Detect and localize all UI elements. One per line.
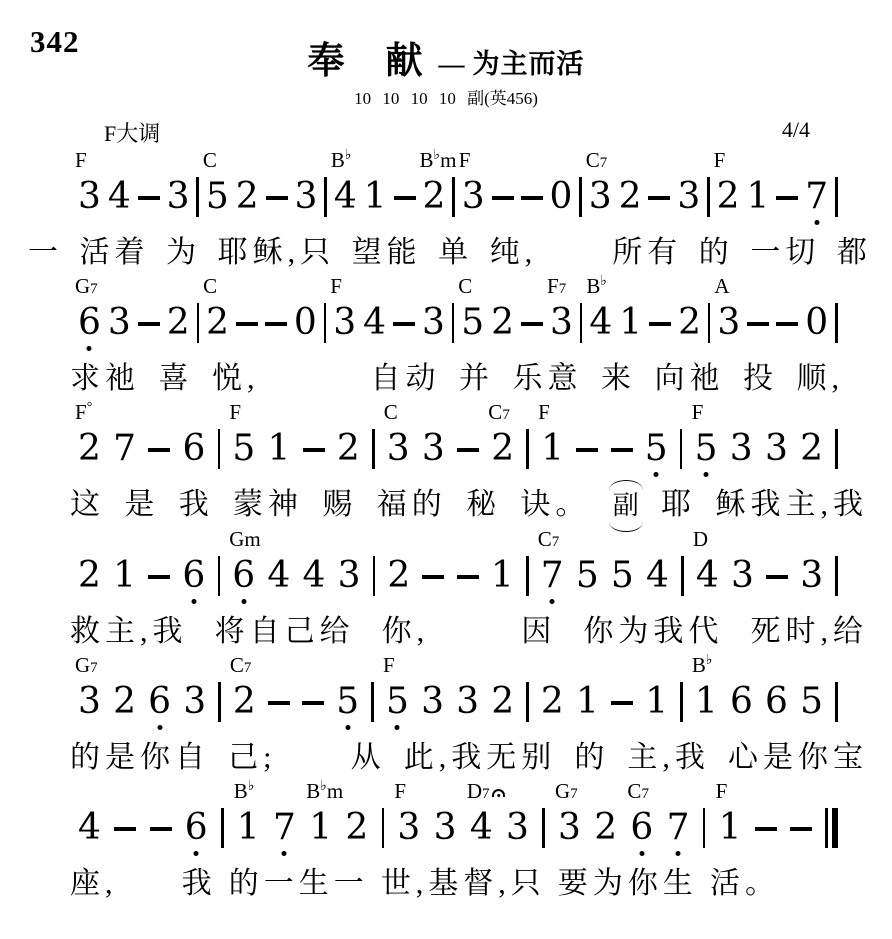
lyric-text: 望能 — [352, 235, 422, 271]
duration-dash — [114, 827, 136, 831]
music-system: 461B♭71B♭m23F34D733G726C771F座,我的一生一世,基督,… — [0, 806, 892, 902]
notation-line: 3G72632C755F3322111B♭665 — [78, 680, 838, 724]
chord-number: 7 — [559, 281, 567, 297]
notation-line: 461B♭71B♭m23F34D733G726C771F — [78, 806, 838, 850]
chord-number: 7 — [90, 281, 98, 297]
rest-note: 0 — [294, 303, 317, 343]
note: 1 — [619, 303, 642, 343]
chord-label: C — [458, 276, 472, 297]
note: 1F — [719, 808, 742, 848]
lyric-text: 耶 — [661, 487, 696, 523]
note: 3F — [333, 303, 356, 343]
duration-dash — [521, 322, 543, 326]
chord-label: F — [229, 402, 241, 423]
barline — [197, 303, 200, 343]
note: 4B♭ — [334, 177, 357, 217]
barline — [579, 177, 582, 217]
lyric-text: 是 — [124, 487, 159, 523]
barline — [680, 429, 683, 469]
rest-note: 0 — [805, 303, 828, 343]
note: 2 — [113, 682, 136, 722]
lyric-text: 的是你自 — [70, 740, 210, 776]
duration-dash — [236, 322, 258, 326]
rest-note: 0 — [549, 177, 572, 217]
note: 1 — [645, 682, 668, 722]
note: 3 — [422, 429, 445, 469]
lyric-text: 并 — [459, 361, 494, 397]
notation-line: 3F435C234B♭12B♭m3F03C7232F17 — [78, 175, 838, 219]
note: 1B♭ — [695, 682, 718, 722]
note: 3 — [730, 429, 753, 469]
note: 3 — [434, 808, 457, 848]
note: 2 — [167, 303, 190, 343]
note: 2 — [236, 177, 259, 217]
note: 7C7 — [541, 556, 564, 596]
note: 6 — [730, 682, 753, 722]
duration-dash — [492, 196, 514, 200]
chord-label: C7 — [586, 150, 608, 171]
note: 3 — [422, 303, 445, 343]
music-system: 3F435C234B♭12B♭m3F03C7232F17一活着为耶稣,只望能单纯… — [0, 175, 892, 271]
note: 3F — [78, 177, 101, 217]
accidental: ♭ — [320, 779, 327, 794]
chord-number: 7 — [552, 534, 560, 550]
barline — [835, 682, 838, 722]
lyric-text: 求祂 — [70, 361, 140, 397]
note: 6 — [185, 808, 208, 848]
note: 2F° — [78, 429, 101, 469]
lyric-text: 自动 — [371, 361, 441, 397]
accidental: ° — [87, 400, 93, 415]
lyric-line: 这是我蒙神赐福的秘诀。副耶稣我主,我 — [0, 487, 892, 524]
chord-label: G7 — [75, 276, 98, 297]
note: 5 — [336, 682, 359, 722]
note: 2 — [337, 429, 360, 469]
chord-label: F — [330, 276, 342, 297]
notation-line: 2F°765F123C32C71F55F332 — [78, 427, 838, 471]
chord-label: C7 — [627, 781, 649, 802]
final-barline — [825, 808, 838, 848]
note: 1B♭ — [237, 808, 260, 848]
duration-dash — [394, 196, 416, 200]
duration-dash — [303, 448, 325, 452]
duration-dash — [776, 196, 798, 200]
lyric-text: 活着 — [80, 235, 150, 271]
lyric-text: 赐 — [322, 487, 357, 523]
note: 4D7 — [470, 808, 493, 848]
lyric-line: 求祂喜悦,自动并乐意来向祂投顺, — [0, 361, 892, 397]
note: 5F — [232, 429, 255, 469]
chord-label: F — [383, 655, 395, 676]
music-system: 6G7322C03F435C23F74B♭123A0求祂喜悦,自动并乐意来向祂投… — [0, 301, 892, 397]
lyric-text: 将自己给 — [215, 614, 355, 650]
lyric-text: 顺, — [797, 361, 845, 397]
fermata-icon — [492, 789, 505, 797]
note: 1 — [364, 177, 387, 217]
chord-label: B♭m — [419, 149, 456, 171]
chord-label: F — [459, 150, 471, 171]
duration-dash — [266, 196, 288, 200]
lyric-text: 主,我 — [627, 740, 710, 776]
barline — [324, 303, 327, 343]
page-header: 342 奉 献 — 为主而活 10 10 10 10 副(英456) F大调 4… — [0, 14, 892, 145]
note: 3G7 — [78, 682, 101, 722]
chord-number: 7 — [90, 660, 98, 676]
note: 2 — [619, 177, 642, 217]
duration-dash — [747, 322, 769, 326]
refrain-mark: 副 — [612, 488, 640, 524]
barline — [542, 808, 545, 848]
duration-dash — [148, 448, 170, 452]
barline — [452, 177, 455, 217]
barline — [526, 556, 529, 596]
lyric-text: 诀。 — [520, 487, 590, 523]
note: 2C7 — [233, 682, 256, 722]
barline — [835, 556, 838, 596]
barline — [835, 177, 838, 217]
note: 4 — [108, 177, 131, 217]
duration-dash — [790, 827, 812, 831]
note: 6 — [148, 682, 171, 722]
note: 5F — [695, 429, 718, 469]
final-bar-thin — [825, 808, 828, 848]
music-system: 2F°765F123C32C71F55F332这是我蒙神赐福的秘诀。副耶稣我主,… — [0, 427, 892, 524]
note: 5 — [576, 556, 599, 596]
key-time-row: F大调 4/4 — [0, 109, 892, 145]
note: 2 — [541, 682, 564, 722]
lyric-text: 都 — [837, 235, 872, 271]
chord-number: 7 — [600, 155, 608, 171]
note: 2 — [78, 556, 101, 596]
note: 5 — [645, 429, 668, 469]
lyric-text: 己; — [228, 740, 276, 776]
note: 4B♭ — [589, 303, 612, 343]
note: 3 — [677, 177, 700, 217]
note: 1 — [576, 682, 599, 722]
duration-dash — [755, 827, 777, 831]
chord-label: G7 — [75, 655, 98, 676]
note: 6Gm — [232, 556, 255, 596]
barline — [835, 303, 838, 343]
chord-number: 7 — [502, 407, 510, 423]
note: 5C — [206, 177, 229, 217]
note: 3 — [108, 303, 131, 343]
chord-label: C — [203, 276, 217, 297]
lyric-text: 向祂 — [655, 361, 725, 397]
note: 3F — [462, 177, 485, 217]
lyric-text: 因 — [521, 614, 556, 650]
chord-label: C — [384, 402, 398, 423]
note: 4 — [267, 556, 290, 596]
time-signature: 4/4 — [782, 117, 810, 145]
chord-label: B♭m — [306, 780, 343, 802]
note: 5F — [386, 682, 409, 722]
chord-number: 7 — [482, 786, 490, 802]
lyric-text: 要为你生 — [558, 866, 698, 902]
lyric-text: 一 — [28, 235, 63, 271]
barline — [218, 556, 221, 596]
note: 3F7 — [550, 303, 573, 343]
lyric-text: 悦, — [212, 361, 260, 397]
note: 2B♭m — [422, 177, 445, 217]
lyric-text: 此,我无别 — [404, 740, 557, 776]
notation-line: 2166Gm443217C75544D33 — [78, 554, 838, 598]
duration-dash — [148, 575, 170, 579]
note: 6C7 — [630, 808, 653, 848]
barline — [707, 177, 710, 217]
note: 7 — [805, 177, 828, 217]
barline — [835, 429, 838, 469]
barline — [382, 808, 385, 848]
chord-label: C — [203, 150, 217, 171]
chord-label: F — [75, 150, 87, 171]
lyric-text: 我 — [179, 487, 214, 523]
note: 1 — [113, 556, 136, 596]
chord-label: F — [692, 402, 704, 423]
duration-dash — [611, 448, 633, 452]
note: 3 — [183, 682, 206, 722]
duration-dash — [422, 575, 444, 579]
lyric-line: 一活着为耶稣,只望能单纯,所有的一切都 — [0, 235, 892, 271]
note: 3F — [397, 808, 420, 848]
note: 3 — [338, 556, 361, 596]
lyric-text: 救主,我 — [70, 614, 188, 650]
duration-dash — [268, 701, 290, 705]
duration-dash — [138, 322, 160, 326]
chord-label: C7 — [488, 402, 510, 423]
note: 3A — [717, 303, 740, 343]
note: 3 — [421, 682, 444, 722]
duration-dash — [776, 322, 798, 326]
note: 6 — [765, 682, 788, 722]
note: 3 — [765, 429, 788, 469]
barline — [324, 177, 327, 217]
lyric-text: 乐意 — [513, 361, 583, 397]
note: 6G7 — [78, 303, 101, 343]
chord-label: B♭ — [692, 654, 713, 676]
note: 6 — [183, 429, 206, 469]
final-bar-thick — [832, 808, 838, 848]
chord-label: C7 — [230, 655, 252, 676]
note: 2 — [678, 303, 701, 343]
lyric-text: 耶稣,只 — [218, 235, 336, 271]
lyric-text: 蒙神 — [233, 487, 303, 523]
hymn-title: 奉 献 — [308, 30, 425, 84]
meter-info: 10 10 10 10 副(英456) — [0, 84, 892, 109]
duration-dash — [521, 196, 543, 200]
chord-label: B♭ — [234, 780, 255, 802]
lyric-text: 你为我代 — [583, 614, 723, 650]
note: 4 — [302, 556, 325, 596]
accidental: ♭ — [345, 148, 352, 163]
title-dash: — — [439, 50, 465, 80]
chord-label: B♭ — [586, 275, 607, 297]
lyric-text: 福的 — [377, 487, 447, 523]
hymn-subtitle: 为主而活 — [473, 42, 585, 81]
lyric-text: 死时,给 — [750, 614, 868, 650]
note: 2 — [387, 556, 410, 596]
title-row: 奉 献 — 为主而活 — [0, 14, 892, 70]
barline — [218, 429, 221, 469]
lyric-text: 你, — [382, 614, 430, 650]
chord-label: D7 — [467, 781, 506, 802]
lyric-text: 座, — [70, 866, 118, 902]
barline — [221, 808, 224, 848]
note: 2F — [717, 177, 740, 217]
note: 3 — [456, 682, 479, 722]
duration-dash — [611, 701, 633, 705]
barline — [580, 303, 583, 343]
chord-label: A — [714, 276, 729, 297]
chord-label: F — [716, 781, 728, 802]
lyric-line: 救主,我将自己给你,因你为我代死时,给 — [0, 614, 892, 650]
duration-dash — [150, 827, 172, 831]
note: 1 — [491, 556, 514, 596]
barline — [452, 303, 455, 343]
chord-label: F — [714, 150, 726, 171]
barline — [708, 303, 711, 343]
note: 3 — [731, 556, 754, 596]
lyric-text: 为 — [166, 235, 201, 271]
note: 3 — [506, 808, 529, 848]
lyric-text: 的 — [699, 235, 734, 271]
lyric-text: 来 — [601, 361, 636, 397]
chord-number: 7 — [641, 786, 649, 802]
note: 2 — [345, 808, 368, 848]
accidental: ♭ — [433, 148, 440, 163]
note: 4D — [696, 556, 719, 596]
note: 3 — [167, 177, 190, 217]
barline — [373, 556, 376, 596]
key-signature: F大调 — [104, 117, 160, 145]
lyric-text: 的一生一 — [229, 866, 369, 902]
lyric-text: 我 — [182, 866, 217, 902]
accidental: ♭ — [248, 779, 255, 794]
note: 5 — [611, 556, 634, 596]
notation-line: 6G7322C03F435C23F74B♭123A0 — [78, 301, 838, 345]
chord-label: F7 — [547, 276, 566, 297]
accidental: ♭ — [706, 653, 713, 668]
duration-dash — [457, 448, 479, 452]
lyric-text: 纯, — [490, 235, 538, 271]
duration-dash — [649, 322, 671, 326]
hymn-number: 342 — [30, 24, 80, 60]
barline — [196, 177, 199, 217]
lyric-text: 一切 — [750, 235, 820, 271]
chord-number: 7 — [570, 786, 578, 802]
lyric-text: 的 — [574, 740, 609, 776]
note: 4 — [78, 808, 101, 848]
note: 1 — [268, 429, 291, 469]
note: 1F — [541, 429, 564, 469]
lyric-text: 从 — [351, 740, 386, 776]
note: 3C — [387, 429, 410, 469]
duration-dash — [766, 575, 788, 579]
barline — [680, 682, 683, 722]
duration-dash — [265, 322, 287, 326]
note: 1 — [746, 177, 769, 217]
note: 2 — [491, 682, 514, 722]
chord-label: B♭ — [331, 149, 352, 171]
barline — [372, 429, 375, 469]
note: 5C — [461, 303, 484, 343]
hymnal-page: 342 奉 献 — 为主而活 10 10 10 10 副(英456) F大调 4… — [0, 0, 892, 939]
duration-dash — [393, 322, 415, 326]
chord-label: F° — [75, 401, 92, 423]
barline — [703, 808, 706, 848]
lyric-text: 秘 — [466, 487, 501, 523]
duration-dash — [302, 701, 324, 705]
barline — [526, 682, 529, 722]
lyric-text: 世,基督,只 — [381, 866, 546, 902]
lyric-text: 稣我主,我 — [715, 487, 868, 523]
lyric-text: 这 — [70, 487, 105, 523]
note: 2 — [491, 303, 514, 343]
note: 1B♭m — [309, 808, 332, 848]
music-system: 3G72632C755F3322111B♭665的是你自己;从此,我无别的主,我… — [0, 680, 892, 776]
note: 7 — [113, 429, 136, 469]
music-system: 2166Gm443217C75544D33救主,我将自己给你,因你为我代死时,给 — [0, 554, 892, 650]
chord-label: C7 — [538, 529, 560, 550]
barline — [218, 682, 221, 722]
barline — [371, 682, 374, 722]
accidental: ♭ — [600, 274, 607, 289]
duration-dash — [457, 575, 479, 579]
note: 3G7 — [558, 808, 581, 848]
chord-label: D — [693, 529, 708, 550]
lyric-text: 单 — [438, 235, 473, 271]
lyric-text: 投 — [743, 361, 778, 397]
barline — [526, 429, 529, 469]
note: 3 — [295, 177, 318, 217]
chord-number: 7 — [244, 660, 252, 676]
note: 2C7 — [491, 429, 514, 469]
note: 6 — [182, 556, 205, 596]
note: 4 — [363, 303, 386, 343]
duration-dash — [648, 196, 670, 200]
duration-dash — [138, 196, 160, 200]
lyric-text: 喜 — [159, 361, 194, 397]
note: 3 — [800, 556, 823, 596]
music-systems: 3F435C234B♭12B♭m3F03C7232F17一活着为耶稣,只望能单纯… — [0, 175, 892, 902]
note: 7 — [667, 808, 690, 848]
note: 4 — [646, 556, 669, 596]
lyric-text: 所有 — [612, 235, 682, 271]
note: 2 — [594, 808, 617, 848]
chord-label: G7 — [555, 781, 578, 802]
note: 7 — [273, 808, 296, 848]
note: 3C7 — [589, 177, 612, 217]
lyric-text: 心是你宝 — [728, 740, 868, 776]
note: 2C — [206, 303, 229, 343]
chord-label: F — [538, 402, 550, 423]
barline — [681, 556, 684, 596]
lyric-text: 活。 — [710, 866, 780, 902]
chord-label: F — [394, 781, 406, 802]
chord-label: Gm — [229, 529, 261, 550]
lyric-line: 的是你自己;从此,我无别的主,我心是你宝 — [0, 740, 892, 776]
duration-dash — [576, 448, 598, 452]
note: 2 — [800, 429, 823, 469]
lyric-line: 座,我的一生一世,基督,只要为你生活。 — [0, 866, 892, 902]
note: 5 — [800, 682, 823, 722]
